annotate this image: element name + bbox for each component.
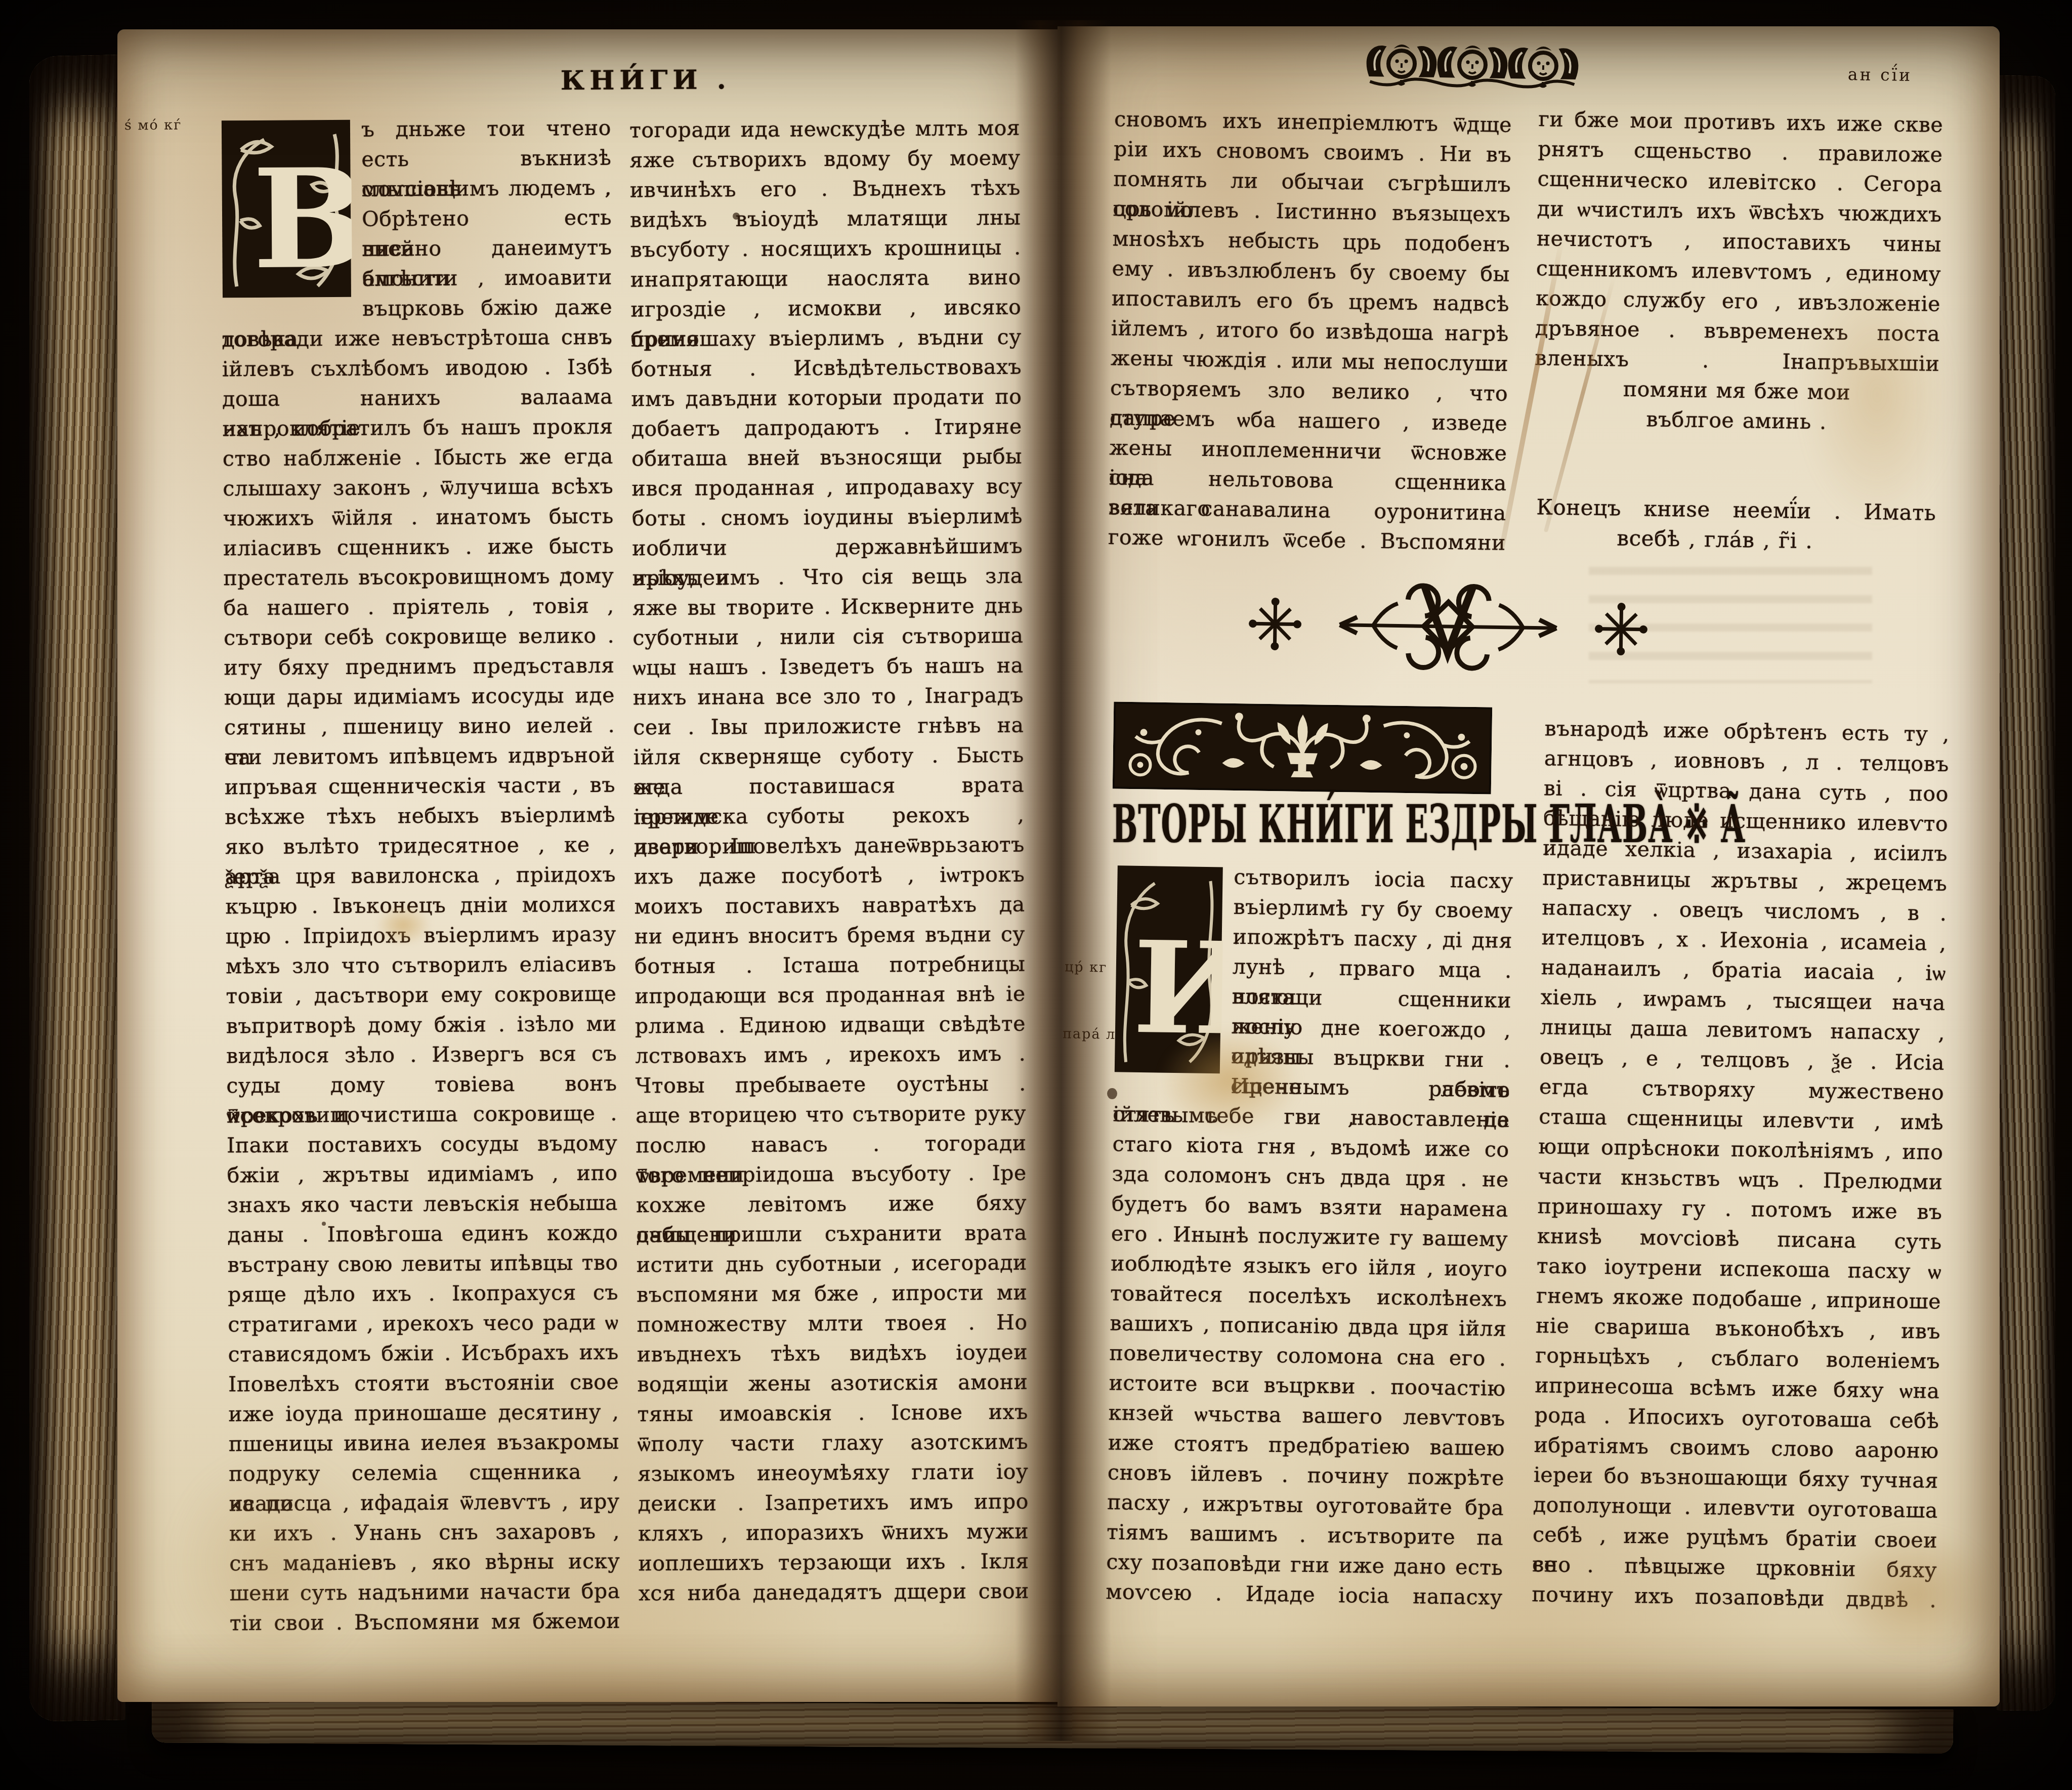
text-line: црю . Іпріидохъ въіерлимъ иразу	[226, 920, 616, 952]
left-column-2: тогоради ида неѡскудѣе млть мояяже сътво…	[629, 113, 1029, 1609]
text-line: того непріидоша въсуботу . Іре	[636, 1158, 1027, 1191]
text-line: Іповелѣхъ стояти въстояніи свое	[228, 1367, 619, 1400]
text-line: помножеству млти твоея . Но	[637, 1308, 1027, 1340]
text-line: приношаху въіерлимъ , въдни су	[631, 322, 1022, 355]
text-line: тіи свои . Въспомяни мя бжемои	[230, 1606, 620, 1639]
text-line: егда поставишася врата іерлимска	[633, 770, 1024, 803]
text-line: слышаху законъ , ѿлучиша всѣхъ	[223, 472, 613, 504]
text-line: ирѣхъ имъ . Что сія вещь зла	[632, 561, 1023, 594]
corner-signature-mark: ан сї́и	[1848, 64, 1913, 85]
right-column-1-top: сновомъ ихъ инепріемлютъ ѿдщеріи ихъ сно…	[1108, 104, 1512, 558]
text-line: ихъ даже посуботѣ , іѡтрокъ	[634, 860, 1025, 892]
text-line: игроздіе , исмокви , ивсяко бремя	[630, 293, 1021, 325]
text-line: деиски . Ізапретихъ имъ ипро	[638, 1487, 1029, 1519]
text-line: подруку селеміа сщенника , исадо	[229, 1457, 619, 1489]
text-line: къцрю . Івъконецъ дніи молихся	[225, 890, 616, 922]
text-line: стратигами , ирекохъ чесо ради ѡ	[228, 1308, 618, 1340]
text-line: почину ихъ позаповѣди двдвѣ .	[1532, 1579, 1937, 1615]
text-line: въсуботу . носящихъ крошницы .	[630, 233, 1021, 265]
text-line: товіи , дасътвори ему сокровище	[226, 979, 616, 1012]
text-line: иоплешихъ терзающи ихъ . Ікля	[638, 1547, 1029, 1579]
colophon: Конецъ книѕе неемї́и . Имать всебѣ , гла…	[1536, 492, 1936, 558]
text-line: въпритворѣ дому бжія . ізѣло ми	[226, 1009, 617, 1042]
gutter-shadow	[1015, 20, 1111, 1741]
text-line: иліасивъ сщенникъ . иже бысть	[223, 531, 614, 564]
fore-edge-page-stack-right	[1997, 75, 2055, 1711]
text-line: суды дому товіева вонъ ѿсокровищ	[226, 1069, 617, 1101]
text-line: лствовахъ имъ , ирекохъ имъ .	[635, 1039, 1026, 1071]
text-line: имъ давъдни которыи продати по	[631, 382, 1022, 414]
text-line: ки ихъ . Унань снъ захаровъ ,	[229, 1517, 620, 1549]
text-line: въблгое аминь .	[1534, 403, 1939, 439]
text-line: иту бяху преднимъ предъставля	[224, 651, 614, 683]
text-line: ійля скверняще суботу . Бысть же	[633, 740, 1024, 773]
text-line: инапрятающи наослята вино	[630, 263, 1021, 295]
text-line: ѯерѯа цря вавилонска , пріидохъ	[225, 860, 616, 892]
drop-cap-letter: И	[1132, 913, 1224, 1063]
text-line: ка писца , ифадаія ѿлевѵтъ , иру	[229, 1487, 619, 1519]
text-line: сятины , пшеницу вино иелей . ча	[224, 711, 615, 743]
text-line: гоже ѡгонилъ ѿсебе . Въспомяни	[1108, 522, 1506, 558]
text-line: всѣхже тѣхъ небыхъ въіерлимѣ	[225, 800, 615, 832]
text-line: ряще дѣло ихъ . Ікопрахуся съ	[228, 1278, 618, 1310]
text-line: въстрану свою левиты ипѣвцы тво	[228, 1248, 618, 1280]
text-line: ипродающи вся проданная внѣ іе	[635, 979, 1025, 1012]
text-line: престатель въсокровищномъ дому	[223, 561, 614, 594]
drop-cap-i-woodcut: И	[1114, 864, 1224, 1074]
text-line: прежде суботы рекохъ , изатвориш	[633, 800, 1024, 832]
text-line: ивъднехъ тѣхъ видѣхъ іоудеи	[637, 1338, 1028, 1370]
right-column-1-bottom: И сътворилъ іосіа пасхувъіерлимѣ гу бу с…	[1106, 860, 1513, 1612]
text-line: ство наблженіе . Ібысть же егда	[223, 442, 613, 474]
interlace-knot-tailpiece	[1245, 570, 1651, 683]
text-line: дабы пришли съхранити врата	[636, 1218, 1027, 1251]
text-line: видѣхъ въіоудѣ млатящи лны	[630, 203, 1021, 235]
text-line: доша нанихъ валаама напроклятіе	[222, 382, 613, 414]
text-line: тогоради иже невъстрѣтоша снвъ	[222, 322, 612, 355]
text-line: боты . сномъ іоудины въіерлимѣ	[632, 502, 1023, 534]
text-line: въспомяни мя бже , ипрости ми	[637, 1278, 1027, 1310]
text-line: аще вторицею что сътворите руку	[636, 1099, 1026, 1131]
text-line: нихъ инана все зло то , Інаградъ	[633, 681, 1024, 713]
text-line: тяны имоавскія . Існове ихъ	[637, 1397, 1028, 1430]
text-line: кохже левітомъ иже бяху очищени	[636, 1188, 1027, 1221]
text-line: ни единъ вноситъ бремя въдни су	[635, 920, 1025, 952]
text-line: сти левитомъ ипѣвцемъ идвръной	[224, 740, 615, 773]
left-column-1: В ъ дньже тои чтеноесть въкнизѣ моѵсіовѣ…	[221, 113, 620, 1639]
text-line: вленыхъ . Інапръвыхшіи	[1535, 343, 1940, 379]
text-line: тогоради ида неѡскудѣе млть моя	[629, 113, 1020, 146]
book-photograph: КНИ́ГИ . ѕ́ мо́ кѓ В ъ дньже тои чтеноес…	[0, 0, 2072, 1790]
text-line: даны . Іповѣгоша единъ кождо	[227, 1218, 618, 1251]
text-line: бжіи , жрътвы идиміамъ , ипо	[227, 1158, 617, 1191]
text-line: ипръвая сщенническія части , въ	[225, 770, 615, 803]
text-line: ба нашего . пріятель , товія ,	[224, 591, 614, 623]
text-line: Іпаки поставихъ сосуды въдому	[227, 1129, 617, 1161]
text-line: ботныя . Істаша потребницы	[635, 949, 1025, 982]
drop-cap-letter: В	[252, 138, 352, 299]
text-line: Чтовы пребываете оустѣны .	[636, 1069, 1026, 1101]
text-line: ющи дары идиміамъ исосуды иде	[224, 681, 615, 713]
right-column-2-top: ги бже мои противъ ихъ иже сквернятъ сще…	[1534, 104, 1943, 439]
text-line: сътвори себѣ сокровище велико .	[224, 621, 614, 653]
text-line: яко вълѣто тридесятное , ке , арта	[225, 830, 615, 862]
text-line: ирекохъ иочистиша сокровище .	[227, 1099, 617, 1131]
text-line: водящіи жены азотискія амони	[637, 1367, 1028, 1400]
text-line: иже іоуда приношаше десятину ,	[228, 1397, 619, 1430]
text-line: сеи . Івы приложисте гнѣвъ на	[633, 711, 1024, 743]
colophon-line: всебѣ , гла́в , г̃і .	[1536, 522, 1936, 558]
margin-note-kings: цр́ кг	[1065, 959, 1108, 975]
text-line: кляхъ , ипоразихъ ѿнихъ мужи	[638, 1517, 1029, 1549]
text-line: моихъ поставихъ навратѣхъ да	[634, 890, 1025, 922]
text-line: ивчинѣхъ его . Въднехъ тѣхъ	[630, 173, 1021, 205]
text-line: стависядомъ бжіи . Исъбрахъ ихъ	[228, 1338, 619, 1370]
text-line: яже вы творите . Искверните днь	[632, 591, 1023, 623]
colophon-line: Конецъ книѕе неемї́и . Имать	[1536, 492, 1936, 528]
cross-floret-ornament-right	[1594, 602, 1648, 656]
text-line: обиташа вней възносящи рыбы	[631, 442, 1022, 474]
running-header: КНИ́ГИ .	[561, 64, 731, 96]
margin-note-left: ѕ́ мо́ кѓ	[124, 117, 182, 134]
text-line: яже сътворихъ вдому бу моему	[629, 143, 1020, 176]
right-column-2-bottom: вънародѣ иже обрѣтенъ есть ту ,агнцовъ ,…	[1532, 714, 1950, 1615]
text-line: мѣхъ зло что сътворилъ еліасивъ	[226, 949, 616, 982]
text-line: чюжихъ ѿійля . инатомъ бысть	[223, 502, 614, 534]
text-line: двери . Іповелѣхъ данеѿврьзаютъ	[634, 830, 1025, 862]
text-line: языкомъ инеоумѣяху глати іоу	[638, 1457, 1028, 1489]
text-line: знахъ яко части левъскія небыша	[227, 1188, 618, 1221]
text-line: хся ниба данедадятъ дщери свои	[639, 1576, 1029, 1609]
text-line: ихъ , иобратилъ бъ нашъ прокля	[222, 412, 613, 444]
text-line: добаетъ дапродаютъ . Ітиряне	[631, 412, 1022, 444]
margin-note-paralipomenon: пара́ л	[1063, 1026, 1116, 1043]
text-line: шени суть надъними начасти бра	[229, 1576, 620, 1609]
text-line: иобличи державнѣйшимъ въіоудеи	[632, 531, 1023, 564]
cherub-frieze-ornament	[1366, 39, 1579, 91]
floral-vase-headpiece-woodcut	[1113, 701, 1492, 794]
cross-floret-ornament-left	[1248, 597, 1302, 651]
text-line: ѡцы нашъ . Ізведетъ бъ нашъ на	[632, 651, 1023, 683]
text-line: снъ маданіевъ , яко вѣрны иску	[229, 1547, 620, 1579]
drop-cap-v-woodcut: В	[221, 119, 352, 299]
fore-edge-page-stack-left	[29, 55, 125, 1722]
text-line: ився проданная , ипродаваху всу	[631, 472, 1022, 504]
text-line: ботныя . Исвѣдѣтельствовахъ	[631, 352, 1022, 385]
text-line: послю навасъ . тогоради ѿвремени	[636, 1129, 1026, 1161]
text-line: видѣлося зѣло . Извергъ вся съ	[226, 1039, 617, 1071]
text-line: истити днь суботныи , исегоради	[637, 1248, 1027, 1280]
text-line: моѵсею . Идаде іосіа напасху	[1106, 1577, 1503, 1613]
text-line: рлима . Единою идващи свѣдѣте	[635, 1009, 1026, 1042]
text-line: суботныи , нили сія сътвориша	[632, 621, 1023, 653]
text-line: ѿполу части глаху азотскимъ	[638, 1427, 1028, 1460]
text-line: ійлевъ съхлѣбомъ иводою . Ізбѣ	[222, 352, 613, 385]
text-line: пшеницы ивина иелея възакромы	[229, 1427, 619, 1460]
